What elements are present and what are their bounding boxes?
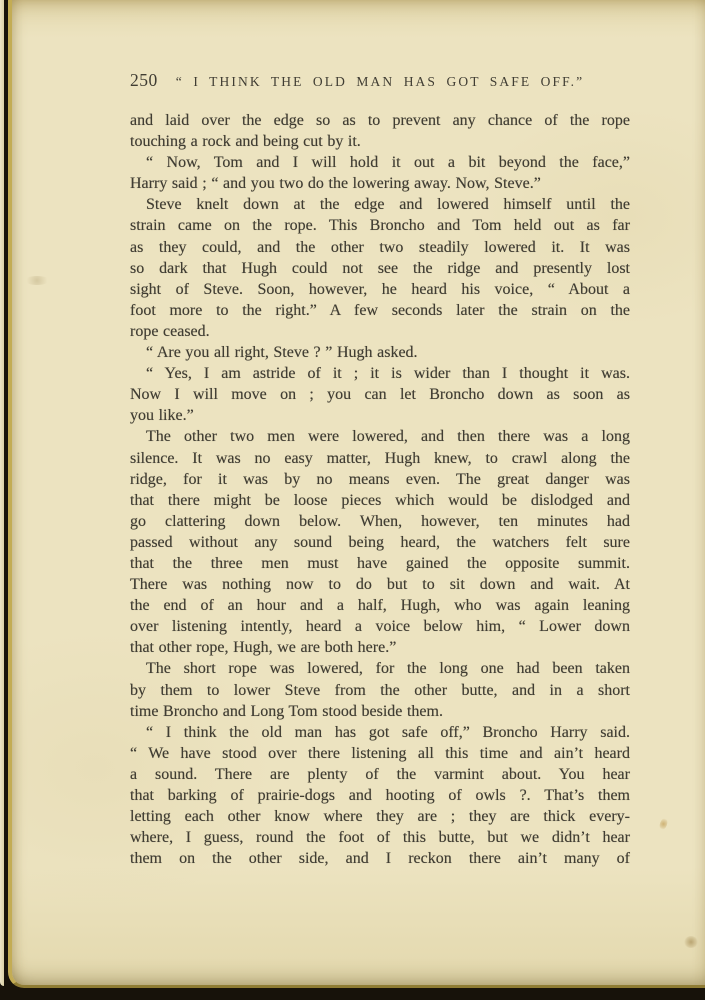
text-line: them on the other side, and I reckon the… (130, 848, 630, 869)
text-line: foot more to the right.” A few seconds l… (130, 300, 630, 321)
paragraph: “ I think the old man has got safe off,”… (130, 722, 630, 870)
paper-blemish (684, 936, 698, 948)
page-header: 250 “ I THINK THE OLD MAN HAS GOT SAFE O… (130, 73, 630, 93)
paragraph: The other two men were lowered, and then… (130, 426, 630, 658)
text-line: time Broncho and Long Tom stood beside t… (130, 701, 630, 722)
underlying-page-edge (0, 0, 4, 986)
text-line: The other two men were lowered, and then… (130, 426, 630, 447)
text-line: that barking of prairie-dogs and hooting… (130, 785, 630, 806)
text-line: a sound. There are plenty of the varmint… (130, 764, 630, 785)
text-line: the end of an hour and a half, Hugh, who… (130, 595, 630, 616)
text-line: passed without any sound being heard, th… (130, 532, 630, 553)
text-line: as they could, and the other two steadil… (130, 237, 630, 258)
text-block: and laid over the edge so as to prevent … (130, 110, 630, 869)
text-line: “ Now, Tom and I will hold it out a bit … (130, 152, 630, 173)
paper-blemish (658, 817, 669, 831)
text-line: and laid over the edge so as to prevent … (130, 110, 630, 131)
text-line: go clattering down below. When, however,… (130, 511, 630, 532)
text-line: letting each other know where they are ;… (130, 806, 630, 827)
text-line: that other rope, Hugh, we are both here.… (130, 637, 630, 658)
paragraph: and laid over the edge so as to prevent … (130, 110, 630, 152)
text-line: rope ceased. (130, 321, 630, 342)
text-line: where, I guess, round the foot of this b… (130, 827, 630, 848)
paragraph: “ Yes, I am astride of it ; it is wider … (130, 363, 630, 426)
text-line: Steve knelt down at the edge and lowered… (130, 194, 630, 215)
text-line: ridge, for it was by no means even. The … (130, 469, 630, 490)
text-line: by them to lower Steve from the other bu… (130, 680, 630, 701)
paragraph: “ Are you all right, Steve ? ” Hugh aske… (130, 342, 630, 363)
text-line: you like.” (130, 405, 630, 426)
text-line: that the three men must have gained the … (130, 553, 630, 574)
text-line: There was nothing now to do but to sit d… (130, 574, 630, 595)
text-line: “ We have stood over there listening all… (130, 743, 630, 764)
text-line: Harry said ; “ and you two do the loweri… (130, 173, 630, 194)
page-number: 250 (130, 70, 158, 91)
text-line: over listening intently, heard a voice b… (130, 616, 630, 637)
text-line: sight of Steve. Soon, however, he heard … (130, 279, 630, 300)
text-line: Now I will move on ; you can let Broncho… (130, 384, 630, 405)
running-title: “ I THINK THE OLD MAN HAS GOT SAFE OFF.” (176, 74, 584, 89)
text-line: The short rope was lowered, for the long… (130, 658, 630, 679)
text-line: touching a rock and being cut by it. (130, 131, 630, 152)
text-line: silence. It was no easy matter, Hugh kne… (130, 448, 630, 469)
paper-blemish (24, 276, 50, 285)
paragraph: The short rope was lowered, for the long… (130, 658, 630, 721)
text-line: “ Are you all right, Steve ? ” Hugh aske… (130, 342, 630, 363)
paragraph: Steve knelt down at the edge and lowered… (130, 194, 630, 342)
text-line: “ I think the old man has got safe off,”… (130, 722, 630, 743)
text-line: that there might be loose pieces which w… (130, 490, 630, 511)
text-line: strain came on the rope. This Broncho an… (130, 215, 630, 236)
text-line: “ Yes, I am astride of it ; it is wider … (130, 363, 630, 384)
book-page: 250 “ I THINK THE OLD MAN HAS GOT SAFE O… (8, 0, 705, 988)
text-line: so dark that Hugh could not see the ridg… (130, 258, 630, 279)
paragraph: “ Now, Tom and I will hold it out a bit … (130, 152, 630, 194)
